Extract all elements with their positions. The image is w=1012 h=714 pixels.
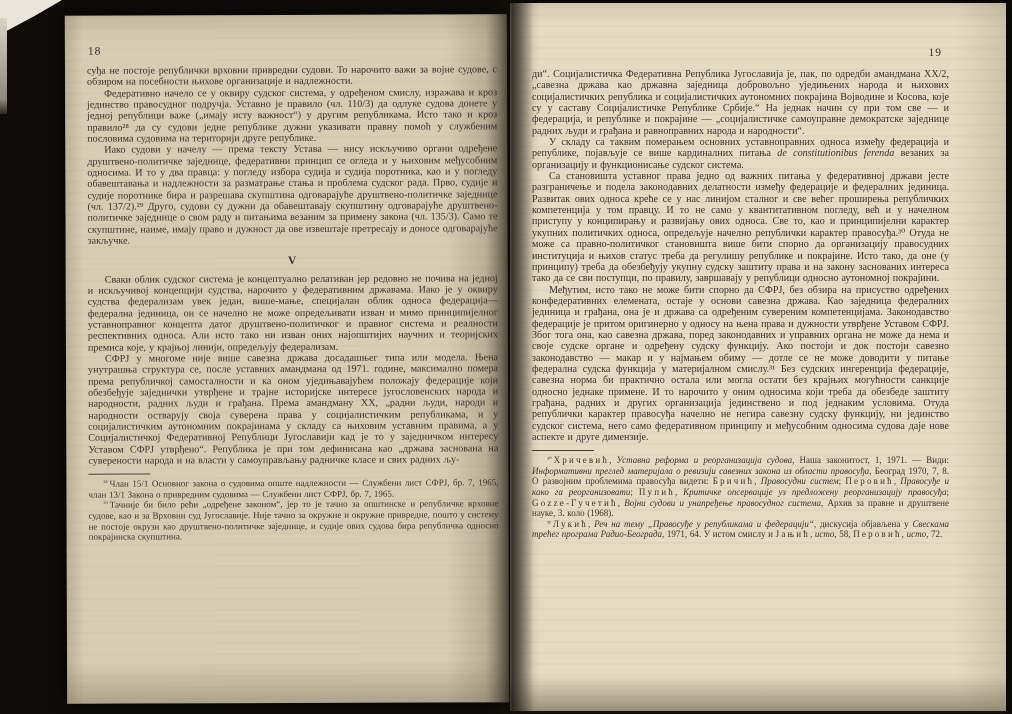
page-number-right: 19 xyxy=(929,47,943,59)
page-number-left: 18 xyxy=(88,46,102,58)
paragraph: Сваки облик судског система је концептуа… xyxy=(88,273,498,354)
left-text-block: суђа не постоје републички врховни привр… xyxy=(87,64,499,542)
footnote-marker: ³¹ xyxy=(547,520,551,527)
paragraph: Са становишта уставног права једно од ва… xyxy=(532,171,949,284)
footnote-marker: ²⁹ xyxy=(103,501,107,508)
footnote-rule xyxy=(88,474,150,475)
left-page: 18 суђа не постоје републички врховни пр… xyxy=(65,14,509,704)
paragraph: СФРЈ у многоме није више савезна држава … xyxy=(88,352,498,467)
footnote: ³¹Лукић, Реч на тему „Правосуђе у републ… xyxy=(532,519,949,540)
paragraph: ди“. Социјалистичка Федеративна Републик… xyxy=(532,69,949,137)
footnote-text: Хричевић, Уставна реформа и реорганизаци… xyxy=(532,455,949,518)
footnote-text: Члан 15/1 Основног закона о судовима опш… xyxy=(88,478,498,500)
page-edge-strip xyxy=(0,18,7,114)
footnote-marker: ²⁸ xyxy=(103,480,107,487)
paragraph: Међутим, исто тако не може бити спорно д… xyxy=(532,285,949,444)
footnote-text: Лукић, Реч на тему „Правосуђе у републик… xyxy=(532,519,949,540)
page-edge-highlight xyxy=(0,0,62,36)
footnote-rule xyxy=(532,450,594,451)
footnote: ²⁹Тачније би било рећи „одређене законом… xyxy=(88,499,498,543)
footnote: ²⁸Члан 15/1 Основног закона о судовима о… xyxy=(88,478,498,501)
paragraph: Федеративно начело се у оквиру судског с… xyxy=(87,87,497,145)
paragraph: У складу са таквим померањем основних ус… xyxy=(532,137,949,171)
footnote: ³⁰Хричевић, Уставна реформа и реорганиза… xyxy=(532,455,949,518)
paragraph: суђа не постоје републички врховни привр… xyxy=(87,64,497,88)
book-spread: 18 суђа не постоје републички врховни пр… xyxy=(0,0,1012,714)
paragraph: Иако судови у начелу — према тексту Уста… xyxy=(87,144,497,248)
right-text-block: ди“. Социјалистичка Федеративна Републик… xyxy=(532,69,949,540)
section-heading: V xyxy=(88,254,498,267)
footnote-marker: ³⁰ xyxy=(547,456,552,463)
footnote-text: Тачније би било рећи „одређене законом“,… xyxy=(89,499,499,542)
right-page: 19 ди“. Социјалистичка Федеративна Репуб… xyxy=(510,3,1006,713)
